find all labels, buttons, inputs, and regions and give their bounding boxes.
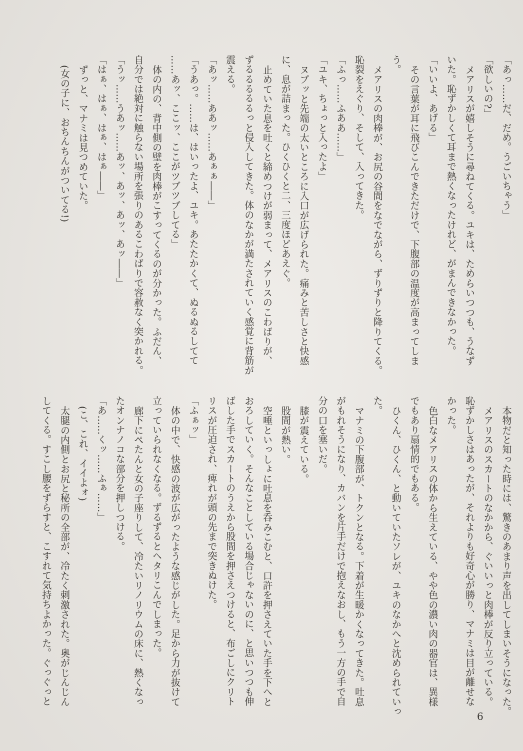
text-column: 分の口を塞いだ。	[312, 396, 330, 722]
text-column: 体の中で、快感の波が広がったような感じがした。足から力が抜けて	[164, 396, 182, 722]
text-column: 「ユキ、ちょっと入ったよ」	[312, 55, 330, 393]
text-band-top: 「あっ……だ、だめ。うごいちゃう」「欲しいの?」メアリスが嬉しそうに尋ねてくる。…	[54, 55, 514, 393]
text-column: 「欲しいの?」	[477, 55, 495, 393]
text-column: がもれそうになり、カバンを片手だけで抱えなおし、もう一方の手で自	[330, 396, 348, 722]
text-column: メアリスの肉棒が、お尻の谷間をなでながら、ずりずりと降りてくる。	[367, 55, 385, 393]
text-column: その言葉が耳に飛びこんできただけで、下腹部の温度が高まってしま	[404, 55, 422, 393]
text-column: 恥裂をえぐり、そして、入ってきた。	[348, 55, 366, 393]
text-column: 「あっ……だ、だめ。うごいちゃう」	[496, 55, 514, 393]
text-column: 「うッ……うあッ……あッ、あッ、あッ、あッ――」	[109, 55, 127, 393]
text-column: 立っていられなくなる。ずるずるとヘタリこんでしまった。	[146, 396, 164, 722]
text-column: 太腿の内側とお尻と秘所の全部が、冷たく刺激された。奥がじんじん	[54, 396, 72, 722]
text-column: 股間が熱い。	[275, 396, 293, 722]
text-column: メアリスのスカートのなかから、ぐいいっと肉棒が反り立っている。	[477, 396, 495, 722]
text-column: ……あッ、ここッ、ここがツブツブしてる」	[164, 55, 182, 393]
text-column: に、息が詰まった。ひくひくと二、三度ほどあえぐ。	[275, 55, 293, 393]
page-number: 6	[477, 712, 483, 723]
text-column: かった。	[440, 396, 458, 722]
text-column: リスが圧迫され、痺れが頭の先まで突きぬけた。	[201, 396, 219, 722]
book-page: 「あっ……だ、だめ。うごいちゃう」「欲しいの?」メアリスが嬉しそうに尋ねてくる。…	[0, 0, 523, 751]
text-column: (こ、これ、イイよォ)	[72, 396, 90, 722]
text-column: 自分では絶対に触らない場所を張りのあるこわばりで容赦なく突かれる。	[127, 55, 145, 393]
text-column: た。	[367, 396, 385, 722]
text-column: 「うあっ。……は、はいったよ、ユキ。あたたかくて、ぬるぬるしてて	[183, 55, 201, 393]
text-column: ひくん、ひくん、と動いていたソレが、ユキのなかへと沈められていっ	[385, 396, 403, 722]
text-column: 恥ずかしさはあったが、それよりも好奇心が勝り、マナミは目が離せな	[459, 396, 477, 722]
text-column: ばした手でスカートのうえから股間を押さえつけると、布ごしにクリト	[220, 396, 238, 722]
text-column: 色白なメアリスの体から生えている、やや色の濃い肉の器官は、異様	[422, 396, 440, 722]
text-column: してくる。すこし腰をずらすと、こすれて気持ちよかった。ぐっぐっと	[35, 396, 53, 722]
text-column: 止めていた息を吐くと締めつけが弱まって、メアリスのこわばりが、	[256, 55, 274, 393]
text-column: 「いいよ、あげる」	[422, 55, 440, 393]
text-column: ずるるるるるっと侵入してきた。体のなかが満たされていく感覚に背筋が	[238, 55, 256, 393]
text-column: 「あッ……ああッ……あぁぁ――」	[201, 55, 219, 393]
text-column: 廊下にぺたんと女の子座りして、冷たいリノリウムの床に、熱くなっ	[127, 396, 145, 722]
text-column: いた。恥ずかしくて耳まで熱くなったけれど、がまんできなかった。	[440, 55, 458, 393]
text-column: 体の内の、背中側の壁を肉棒がこすってくるのが分かった。ふだん、	[146, 55, 164, 393]
text-column: ヌプッと先端の太いところに入口が広げられた。痛みと苦しさと快感	[293, 55, 311, 393]
text-column: 「ふっ……ふああ……」	[330, 55, 348, 393]
text-column: マナミの下腹部が、トクンとなる。下着が生暖かくなってきた。吐息	[348, 396, 366, 722]
text-column: 「はぁ、はぁ、はぁ、はぁ――」	[91, 55, 109, 393]
text-column: でもあり扇情的でもある。	[404, 396, 422, 722]
text-column: メアリスが嬉しそうに尋ねてくる。ユキは、ためらいつつも、うなず	[459, 55, 477, 393]
text-column: う。	[385, 55, 403, 393]
text-column: 震える。	[220, 55, 238, 393]
text-column: (女の子に、おちんちんがついてる!)	[54, 55, 72, 393]
text-column: 膝が震えている。	[293, 396, 311, 722]
text-column: 空唾といっしょに吐息を呑みこむと、口許を押さえていた手を下へと	[256, 396, 274, 722]
text-column: おろしていく。そんなことしている場合じゃないのに、と思いつつも伸	[238, 396, 256, 722]
text-column: 本物だと知った時には、驚きのあまり声を出してしまいそうになった。	[496, 396, 514, 722]
text-column: 「あ……くッ……ふぁ……」	[91, 396, 109, 722]
text-column: 「ふぁッ」	[183, 396, 201, 722]
text-band-bottom: 本物だと知った時には、驚きのあまり声を出してしまいそうになった。メアリスのスカー…	[35, 396, 514, 722]
text-column: ずっと、マナミは見つめていた。	[72, 55, 90, 393]
text-column: たオンナノコな部分を押しつける。	[109, 396, 127, 722]
